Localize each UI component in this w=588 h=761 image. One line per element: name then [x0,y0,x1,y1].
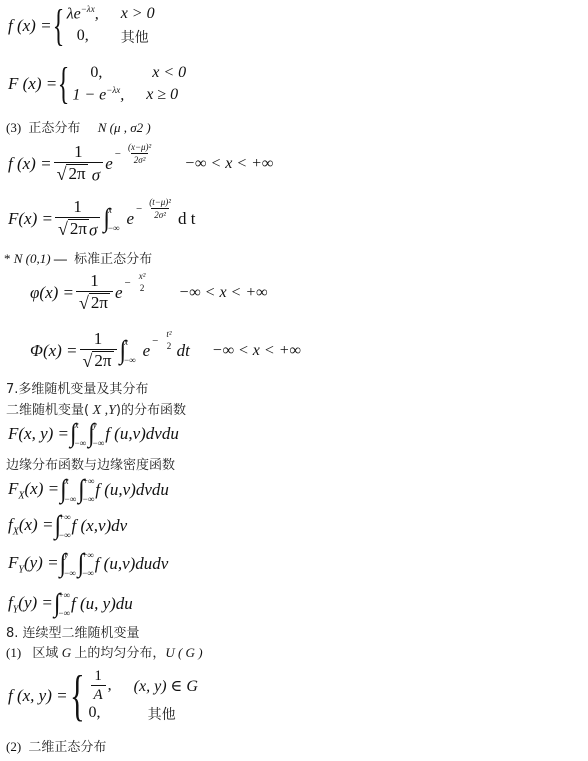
piecewise-brace: { 1A, (x, y) ∈ G 0, 其他 [68,668,198,724]
sqrt-icon: √ [57,165,67,183]
numerator: 1 [71,143,86,162]
distribution-notation: U ( G ) [165,645,202,660]
case-expr: 1 − e−λx, [72,86,124,104]
integral-icon: ∫ [70,421,77,447]
piecewise-brace: { λe−λx, x > 0 0, 其他 [52,4,155,48]
integral: ∫y−∞ [60,550,76,578]
case-expr: 0, [72,64,124,82]
case-condition: 其他 [134,704,198,724]
left-brace: { [52,4,64,48]
case-condition: (x, y) ∈ G [134,676,198,696]
domain-range: −∞ < x < +∞ [212,342,301,360]
formula-lhs: f (x, y) = [8,686,68,706]
exponent: − (t−μ)²2σ² [136,198,176,220]
integrand: f (u,v)dudv [95,554,169,574]
e-base: e [115,283,123,303]
integral: ∫ x−∞ [120,337,136,365]
e-base: e [126,209,134,229]
uniform-pdf-formula: f (x, y) = { 1A, (x, y) ∈ G 0, 其他 [8,668,198,724]
integral: ∫+∞−∞ [78,476,94,504]
case-expr: λe−λx, [67,5,99,23]
marginal-Fy-formula: FY(y) = ∫y−∞ ∫+∞−∞ f (u,v)dudv [8,550,168,578]
integrand: f (u,v)dvdu [95,480,169,500]
case-condition: 其他 [121,27,155,47]
section-number: (2) [6,739,21,754]
integral: ∫ x−∞ [103,205,119,233]
bullet-star: * [4,251,11,266]
integral-icon: ∫ [120,338,127,364]
dash: — [54,251,67,266]
integrand: f (u,v)dvdu [105,424,179,444]
formula-lhs: FX(x) = [8,479,59,501]
marginal-fx-formula: fX(x) = ∫+∞−∞ f (x,v)dv [8,512,127,540]
marginal-Fx-formula: FX(x) = ∫x−∞ ∫+∞−∞ f (u,v)dvdu [8,476,169,504]
marginal-heading: 边缘分布函数与边缘密度函数 [6,454,175,473]
piecewise-cases: λe−λx, x > 0 0, 其他 [67,5,155,47]
formula-lhs: Φ(x) = [30,341,78,361]
section-8-title: 8. 连续型二维随机变量 [6,622,140,641]
exponential-cdf-formula: F (x) = { 0, x < 0 1 − e−λx, x ≥ 0 [8,62,186,106]
joint-cdf-formula: F(x, y) = ∫x−∞ ∫y−∞ f (u,v)dvdu [8,420,179,448]
formula-lhs: F(x, y) = [8,424,69,444]
piecewise-brace: { 0, x < 0 1 − e−λx, x ≥ 0 [57,62,186,106]
piecewise-cases: 0, x < 0 1 − e−λx, x ≥ 0 [72,64,186,104]
formula-lhs: f (x) = [8,16,52,36]
denominator: √2πσ [55,217,100,240]
integral: ∫x−∞ [60,476,76,504]
distribution-notation: N (μ , σ2 ) [98,120,151,135]
formula-lhs: φ(x) = [30,283,74,303]
numerator: 1 [70,198,85,217]
left-brace: { [58,62,70,106]
formula-lhs: fY(y) = [8,593,53,615]
integral-icon: ∫ [88,421,95,447]
distribution-notation: N (0,1) [14,251,51,266]
integral-icon: ∫ [54,513,61,539]
exponential-pdf-formula: f (x) = { λe−λx, x > 0 0, 其他 [8,4,155,48]
e-base: e [143,341,151,361]
marginal-fy-formula: fY(y) = ∫+∞−∞ f (u, y)du [8,590,133,618]
domain-range: −∞ < x < +∞ [178,284,267,302]
joint-cdf-heading: 二维随机变量( X ,Y)的分布函数 [6,399,186,419]
case-condition: x > 0 [121,5,155,23]
section-7-title: 7.多维随机变量及其分布 [6,378,148,397]
integral-icon: ∫ [78,477,85,503]
section-title: 正态分布 [28,121,80,136]
left-brace: { [70,668,85,724]
integral-icon: ∫ [60,477,67,503]
region-var: G [62,645,71,660]
sqrt-icon: √ [58,220,68,238]
integral-icon: ∫ [54,591,61,617]
integrand: f (x,v)dv [72,516,128,536]
domain-range: −∞ < x < +∞ [184,155,273,173]
integral: ∫+∞−∞ [78,550,94,578]
integral-icon: ∫ [60,551,67,577]
formula-lhs: F(x) = [8,209,53,229]
heading-text: )的分布函数 [116,403,186,418]
fraction: 1 √2π [76,272,113,314]
case-expr: 0, [67,27,99,47]
piecewise-cases: 1A, (x, y) ∈ G 0, 其他 [89,668,198,724]
exponent: − (x−μ)²2σ² [115,143,157,165]
integral: ∫+∞−∞ [54,512,70,540]
fraction: 1 √2π [80,330,117,372]
case-condition: x < 0 [146,64,186,82]
formula-lhs: FY(y) = [8,553,59,575]
section-number: (1) [6,645,21,660]
numerator: 1 [87,272,102,291]
section-number: (3) [6,120,21,135]
integral-icon: ∫ [78,551,85,577]
integrand: f (u, y)du [71,594,133,614]
heading-text: 上的均匀分布， [74,646,165,661]
normal-cdf-formula: F(x) = 1 √2πσ ∫ x−∞ e − (t−μ)²2σ² d t [8,198,195,240]
bivariate-normal-heading: (2) 二维正态分布 [6,736,106,755]
case-expr: 1A, [89,668,112,704]
denominator: √2π [76,291,113,314]
integral-icon: ∫ [103,206,110,232]
section-title: 二维正态分布 [28,740,106,755]
numerator: 1 [91,330,106,349]
differential: dt [177,341,190,361]
case-expr: 0, [89,704,112,724]
sqrt-icon: √ [79,294,89,312]
uniform-heading: (1) 区域 G 上的均匀分布，U ( G ) [6,642,203,661]
formula-lhs: F (x) = [8,74,57,94]
exponent: − t²2 [152,330,176,351]
case-condition: x ≥ 0 [146,86,186,104]
denominator: √2π [80,349,117,372]
e-base: e [105,154,113,174]
fraction: 1 √2πσ [55,198,100,240]
exponent: − x²2 [125,272,151,293]
denominator: √2π σ [54,162,104,185]
heading-text: 区域 [32,646,58,661]
formula-lhs: fX(x) = [8,515,53,537]
fraction: 1 √2π σ [54,143,104,185]
normal-heading: (3) 正态分布 N (μ , σ2 ) [6,117,151,136]
section-title: 标准正态分布 [74,252,152,267]
standard-normal-cdf-formula: Φ(x) = 1 √2π ∫ x−∞ e − t²2 dt −∞ < x < +… [30,330,301,372]
formula-lhs: f (x) = [8,154,52,174]
heading-vars: X ,Y [89,403,116,418]
differential: d t [178,209,195,229]
integral: ∫y−∞ [88,420,104,448]
integral: ∫x−∞ [70,420,86,448]
integral: ∫+∞−∞ [54,590,70,618]
standard-normal-heading: * N (0,1) — 标准正态分布 [4,248,152,267]
normal-pdf-formula: f (x) = 1 √2π σ e − (x−μ)²2σ² −∞ < x < +… [8,143,273,185]
standard-normal-pdf-formula: φ(x) = 1 √2π e − x²2 −∞ < x < +∞ [30,272,268,314]
heading-text: 二维随机变量( [6,403,89,418]
sqrt-icon: √ [83,352,93,370]
